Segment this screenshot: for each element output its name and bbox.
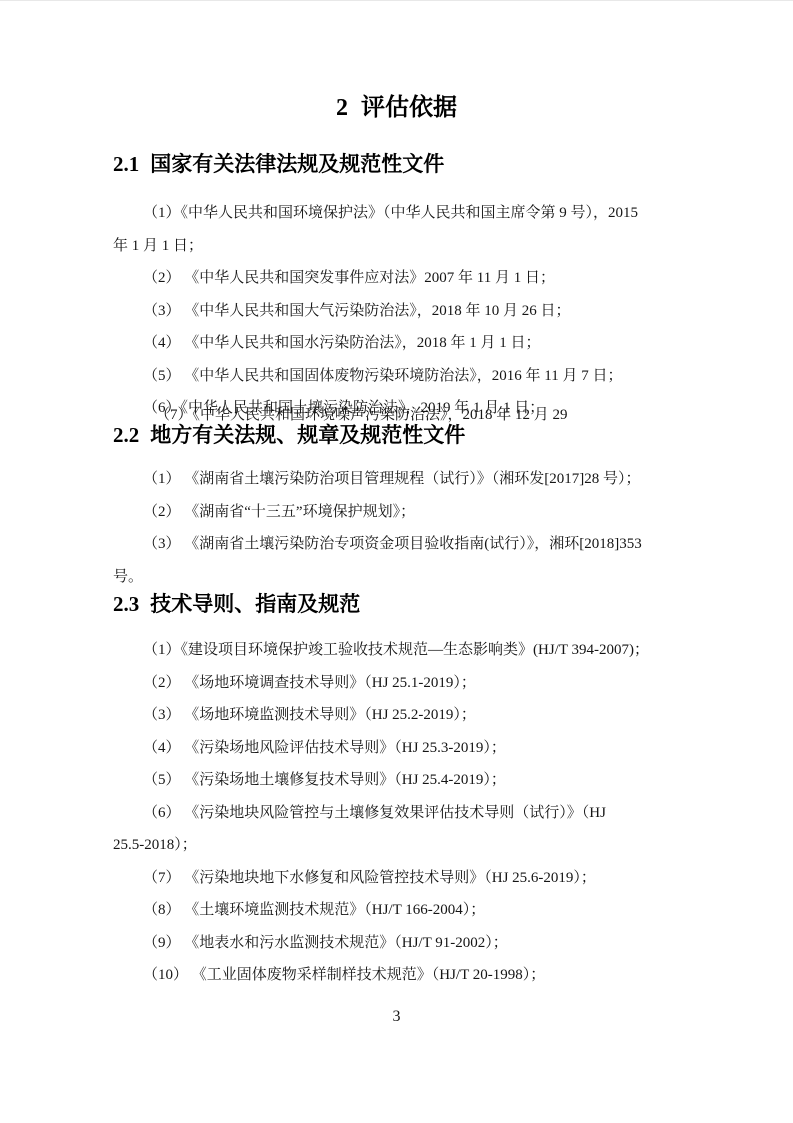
heading-text: 地方有关法规、规章及规范性文件 <box>150 423 465 447</box>
section-body-2-3: （1）《建设项目环境保护竣工验收技术规范—生态影响类》(HJ/T 394-200… <box>113 634 680 992</box>
heading-number: 2.2 <box>113 423 139 447</box>
text-line: （4） 《中华人民共和国水污染防治法》，2018 年 1 月 1 日； <box>113 327 680 360</box>
document-page: 2评估依据 2.1国家有关法律法规及规范性文件 （1）《中华人民共和国环境保护法… <box>0 0 793 1123</box>
text-line: （1）《中华人民共和国环境保护法》（中华人民共和国主席令第 9 号），2015 <box>113 197 680 230</box>
text-line: （4） 《污染场地风险评估技术导则》（HJ 25.3-2019）； <box>113 732 680 765</box>
text-line: （7） 《污染地块地下水修复和风险管控技术导则》（HJ 25.6-2019）； <box>113 862 680 895</box>
heading-number: 2.3 <box>113 592 139 616</box>
section-heading-2-3: 2.3技术导则、指南及规范 <box>113 588 360 620</box>
text-line: （10） 《工业固体废物采样制样技术规范》（HJ/T 20-1998）； <box>113 959 680 992</box>
heading-text: 技术导则、指南及规范 <box>150 592 360 616</box>
section-heading-2-1: 2.1国家有关法律法规及规范性文件 <box>113 148 444 180</box>
text-line: 年 1 月 1 日； <box>113 230 680 263</box>
page-number: 3 <box>0 1005 793 1029</box>
text-line: （2） 《场地环境调查技术导则》（HJ 25.1-2019）； <box>113 667 680 700</box>
text-line: （2） 《湖南省“十三五”环境保护规划》； <box>113 496 680 529</box>
text-line: （3） 《场地环境监测技术导则》（HJ 25.2-2019）； <box>113 699 680 732</box>
text-line: （2） 《中华人民共和国突发事件应对法》2007 年 11 月 1 日； <box>113 262 680 295</box>
text-line: （3） 《湖南省土壤污染防治专项资金项目验收指南(试行）》，湘环[2018]35… <box>113 528 680 561</box>
text-line: （6） 《污染地块风险管控与土壤修复效果评估技术导则（试行）》（HJ <box>113 797 680 830</box>
heading-number: 2.1 <box>113 152 139 176</box>
title-text: 评估依据 <box>361 95 457 121</box>
heading-text: 国家有关法律法规及规范性文件 <box>150 152 444 176</box>
text-line: （5） 《中华人民共和国固体废物污染环境防治法》，2016 年 11 月 7 日… <box>113 360 680 393</box>
text-line: （1） 《湖南省土壤污染防治项目管理规程（试行）》（湘环发[2017]28 号）… <box>113 463 680 496</box>
text-line: （3） 《中华人民共和国大气污染防治法》，2018 年 10 月 26 日； <box>113 295 680 328</box>
text-line: （1）《建设项目环境保护竣工验收技术规范—生态影响类》(HJ/T 394-200… <box>113 634 680 667</box>
text-line: （9） 《地表水和污水监测技术规范》（HJ/T 91-2002）； <box>113 927 680 960</box>
title-number: 2 <box>336 95 348 121</box>
text-line: 25.5-2018）； <box>113 829 680 862</box>
section-heading-2-2: 2.2地方有关法规、规章及规范性文件 <box>113 419 465 451</box>
section-body-2-1: （1）《中华人民共和国环境保护法》（中华人民共和国主席令第 9 号），2015 … <box>113 197 680 428</box>
page-title: 2评估依据 <box>0 90 793 126</box>
section-body-2-2: （1） 《湖南省土壤污染防治项目管理规程（试行）》（湘环发[2017]28 号）… <box>113 463 680 593</box>
text-line: （5） 《污染场地土壤修复技术导则》（HJ 25.4-2019）； <box>113 764 680 797</box>
text-line: （8） 《土壤环境监测技术规范》（HJ/T 166-2004）； <box>113 894 680 927</box>
